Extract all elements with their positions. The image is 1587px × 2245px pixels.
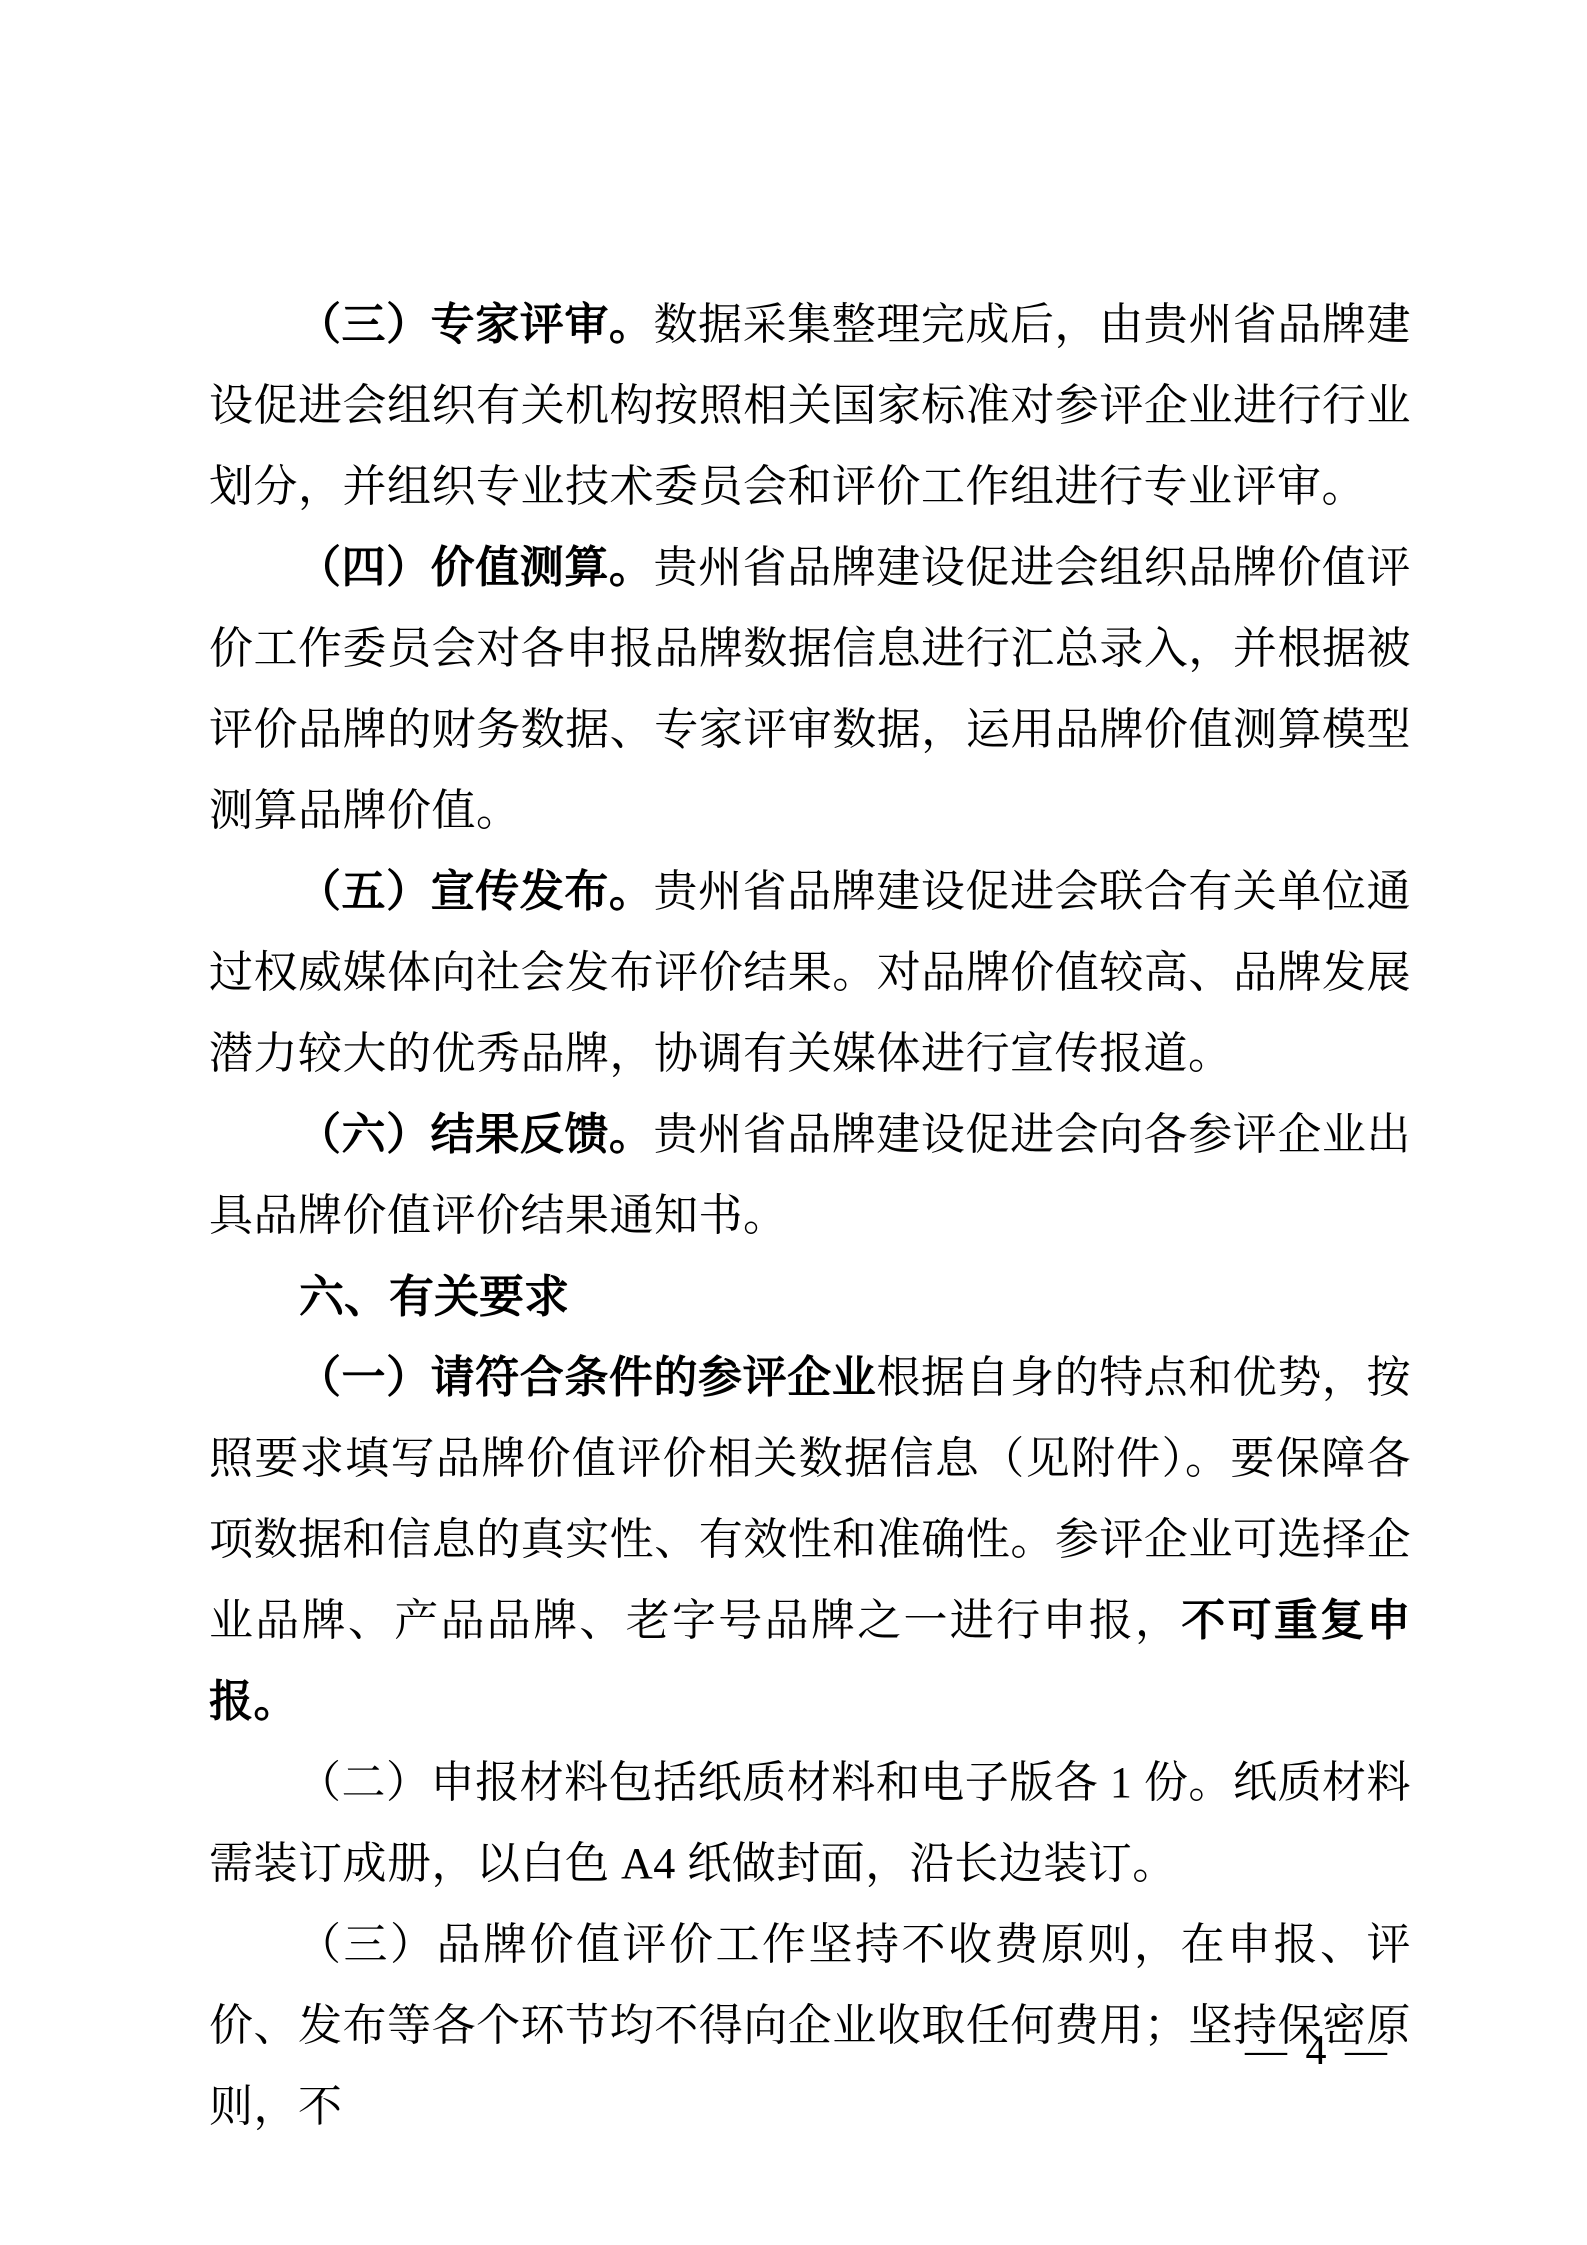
paragraph-publicity-release: （五）宣传发布。贵州省品牌建设促进会联合有关单位通过权威媒体向社会发布评价结果。… — [209, 851, 1411, 1094]
paragraph-requirement-3: （三）品牌价值评价工作坚持不收费原则，在申报、评价、发布等各个环节均不得向企业收… — [209, 1904, 1411, 2147]
page-number: — 4 — — [1245, 2026, 1391, 2076]
paragraph-value-calculation: （四）价值测算。贵州省品牌建设促进会组织品牌价值评价工作委员会对各申报品牌数据信… — [209, 527, 1411, 851]
section-heading-requirements: 六、有关要求 — [209, 1256, 1411, 1337]
paragraph-lead: （一）请符合条件的参评企业 — [297, 1353, 876, 1402]
paragraph-lead: （三）专家评审。 — [297, 300, 654, 349]
paragraph-lead: （五）宣传发布。 — [297, 867, 654, 916]
document-page: （三）专家评审。数据采集整理完成后，由贵州省品牌建设促进会组织有关机构按照相关国… — [0, 0, 1587, 2245]
paragraph-requirement-1: （一）请符合条件的参评企业根据自身的特点和优势，按照要求填写品牌价值评价相关数据… — [209, 1337, 1411, 1742]
paragraph-lead: （四）价值测算。 — [297, 543, 654, 592]
paragraph-result-feedback: （六）结果反馈。贵州省品牌建设促进会向各参评企业出具品牌价值评价结果通知书。 — [209, 1094, 1411, 1256]
paragraph-lead: （六）结果反馈。 — [297, 1110, 654, 1159]
paragraph-expert-review: （三）专家评审。数据采集整理完成后，由贵州省品牌建设促进会组织有关机构按照相关国… — [209, 284, 1411, 527]
paragraph-body: （三）品牌价值评价工作坚持不收费原则，在申报、评价、发布等各个环节均不得向企业收… — [209, 1920, 1411, 2131]
paragraph-requirement-2: （二）申报材料包括纸质材料和电子版各 1 份。纸质材料需装订成册，以白色 A4 … — [209, 1742, 1411, 1904]
paragraph-body: （二）申报材料包括纸质材料和电子版各 1 份。纸质材料需装订成册，以白色 A4 … — [209, 1758, 1411, 1888]
document-body: （三）专家评审。数据采集整理完成后，由贵州省品牌建设促进会组织有关机构按照相关国… — [209, 284, 1411, 2147]
